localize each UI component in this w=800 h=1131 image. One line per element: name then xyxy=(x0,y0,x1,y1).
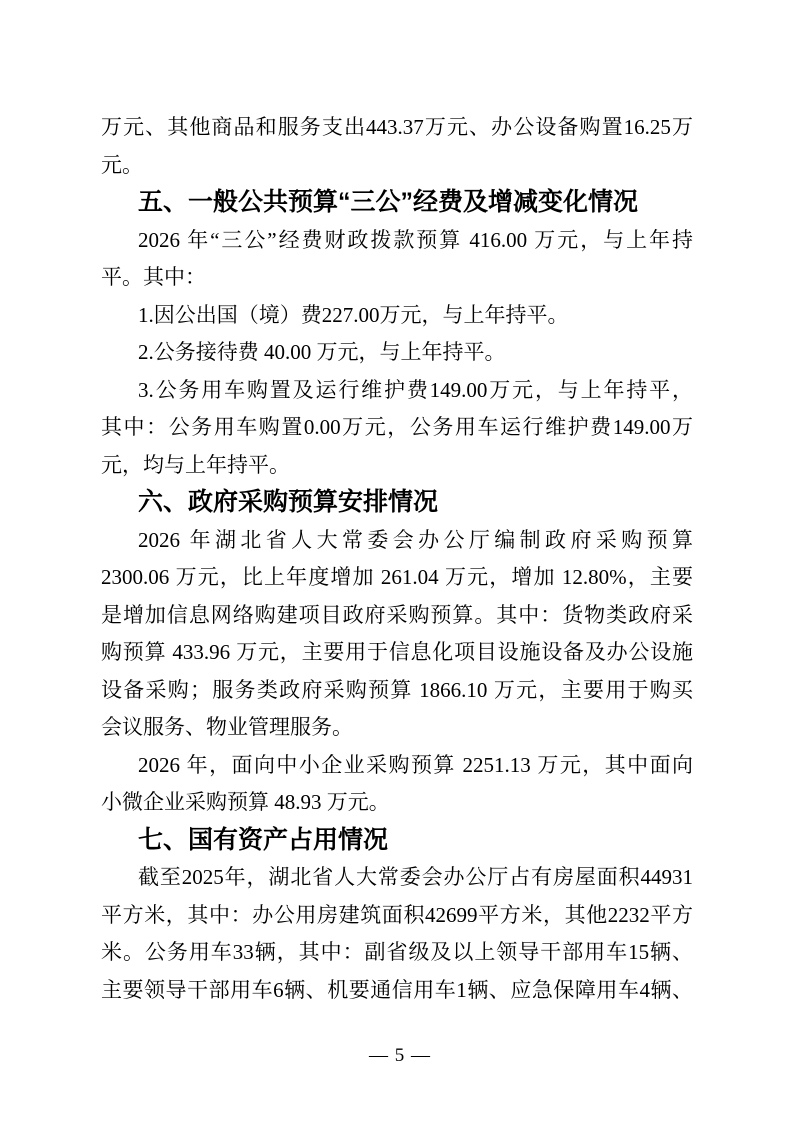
heading-section-six: 六、政府采购预算安排情况 xyxy=(101,484,693,522)
body-line: 2300.06 万元，比上年度增加 261.04 万元，增加 12.80%，主要 xyxy=(101,559,693,597)
body-line: 会议服务、物业管理服务。 xyxy=(101,709,693,747)
body-line: 购预算 433.96 万元，主要用于信息化项目设施设备及办公设施 xyxy=(101,634,693,672)
page-number: — 5 — xyxy=(0,1044,800,1068)
body-line: 1.因公出国（境）费227.00万元，与上年持平。 xyxy=(101,297,693,335)
body-line: 2.公务接待费 40.00 万元，与上年持平。 xyxy=(101,334,693,372)
body-line: 小微企业采购预算 48.93 万元。 xyxy=(101,784,693,822)
body-line: 米。公务用车33辆，其中：副省级及以上领导干部用车15辆、 xyxy=(101,934,693,972)
body-line: 2026 年“三公”经费财政拨款预算 416.00 万元，与上年持 xyxy=(101,222,693,260)
heading-section-five: 五、一般公共预算“三公”经费及增减变化情况 xyxy=(101,184,693,222)
body-line: 2026 年湖北省人大常委会办公厅编制政府采购预算 xyxy=(101,522,693,560)
body-line: 主要领导干部用车6辆、机要通信用车1辆、应急保障用车4辆、 xyxy=(101,972,693,1010)
document-body: 万元、其他商品和服务支出443.37万元、办公设备购置16.25万 元。 五、一… xyxy=(101,109,693,1009)
body-line: 万元、其他商品和服务支出443.37万元、办公设备购置16.25万 xyxy=(101,109,693,147)
body-line: 截至2025年，湖北省人大常委会办公厅占有房屋面积44931 xyxy=(101,859,693,897)
body-line: 设备采购；服务类政府采购预算 1866.10 万元，主要用于购买 xyxy=(101,672,693,710)
body-line: 平。其中： xyxy=(101,259,693,297)
body-line: 是增加信息网络购建项目政府采购预算。其中：货物类政府采 xyxy=(101,597,693,635)
body-line: 3.公务用车购置及运行维护费149.00万元，与上年持平， xyxy=(101,372,693,410)
body-line: 平方米，其中：办公用房建筑面积42699平方米，其他2232平方 xyxy=(101,897,693,935)
body-line: 2026 年，面向中小企业采购预算 2251.13 万元，其中面向 xyxy=(101,747,693,785)
body-line: 元。 xyxy=(101,147,693,185)
body-line: 其中：公务用车购置0.00万元，公务用车运行维护费149.00万 xyxy=(101,409,693,447)
heading-section-seven: 七、国有资产占用情况 xyxy=(101,822,693,860)
body-line: 元，均与上年持平。 xyxy=(101,447,693,485)
